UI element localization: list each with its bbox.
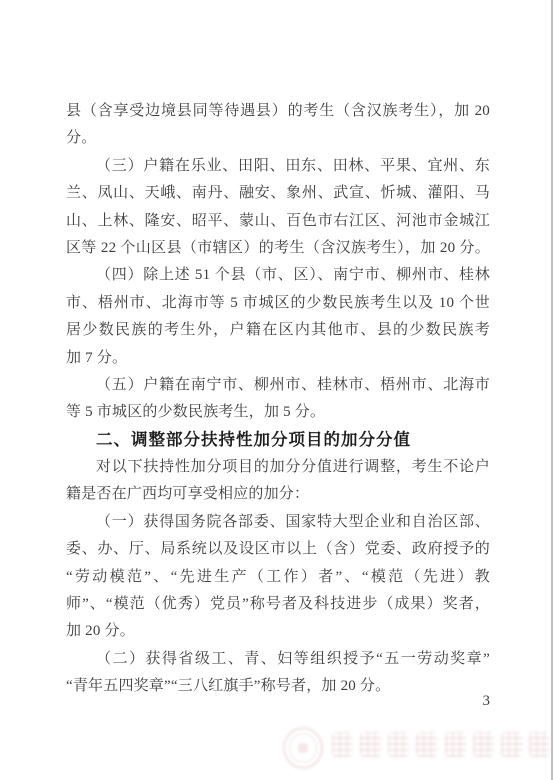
watermark-glyph	[360, 732, 381, 757]
watermark-glyph	[416, 732, 437, 757]
watermark-seal-inner-ring	[289, 733, 317, 763]
text-line: 师”、“模范（优秀）党员”称号者及科技进步（成果）奖者，	[66, 591, 490, 618]
text-line: 县（含享受边境县同等待遇县）的考生（含汉族考生），加 20	[66, 98, 490, 125]
watermark-text-illegible	[332, 732, 550, 762]
text-line: 委、办、厅、局系统以及设区市以上（含）党委、政府授予的	[66, 536, 490, 563]
text-line: （一）获得国务院各部委、国家特大型企业和自治区部、	[66, 509, 490, 536]
watermark	[280, 724, 553, 780]
watermark-glyph	[332, 732, 353, 757]
text-line: 兰、凤山、天峨、南丹、融安、象州、武宣、忻城、灌阳、马	[66, 180, 490, 207]
text-line: 加 7 分。	[66, 345, 490, 372]
text-line: 居少数民族的考生外，户籍在区内其他市、县的少数民族考生，	[66, 317, 490, 344]
text-line: 等 5 市城区的少数民族考生，加 5 分。	[66, 399, 490, 426]
text-line: 对以下扶持性加分项目的加分分值进行调整，考生不论户	[66, 454, 490, 481]
watermark-seal-icon	[283, 727, 323, 769]
watermark-seal-core	[298, 743, 308, 753]
document-text: 县（含享受边境县同等待遇县）的考生（含汉族考生），加 20分。（三）户籍在乐业、…	[66, 98, 490, 701]
text-line: “劳动模范”、“先进生产（工作）者”、“模范（先进）教	[66, 564, 490, 591]
document-page: 县（含享受边境县同等待遇县）的考生（含汉族考生），加 20分。（三）户籍在乐业、…	[0, 0, 553, 780]
text-line: （三）户籍在乐业、田阳、田东、田林、平果、宜州、东	[66, 153, 490, 180]
text-line: 市、梧州市、北海市等 5 市城区的少数民族考生以及 10 个世	[66, 290, 490, 317]
watermark-glyph	[501, 732, 522, 757]
text-line: 籍是否在广西均可享受相应的加分：	[66, 481, 490, 508]
text-line: （五）户籍在南宁市、柳州市、桂林市、梧州市、北海市	[66, 372, 490, 399]
section-heading: 二、调整部分扶持性加分项目的加分分值	[66, 427, 490, 454]
watermark-glyph	[473, 732, 494, 757]
text-line: （二）获得省级工、青、妇等组织授予“五一劳动奖章”	[66, 646, 490, 673]
watermark-glyph	[529, 732, 550, 757]
page-number: 3	[66, 693, 490, 710]
watermark-glyph	[388, 732, 409, 757]
text-line: （四）除上述 51 个县（市、区）、南宁市、柳州市、桂林	[66, 262, 490, 289]
watermark-glyph	[445, 732, 466, 757]
text-line: 分。	[66, 125, 490, 152]
text-line: 加 20 分。	[66, 618, 490, 645]
text-line: 山、上林、隆安、昭平、蒙山、百色市右江区、河池市金城江	[66, 208, 490, 235]
text-line: 区等 22 个山区县（市辖区）的考生（含汉族考生），加 20 分。	[66, 235, 490, 262]
